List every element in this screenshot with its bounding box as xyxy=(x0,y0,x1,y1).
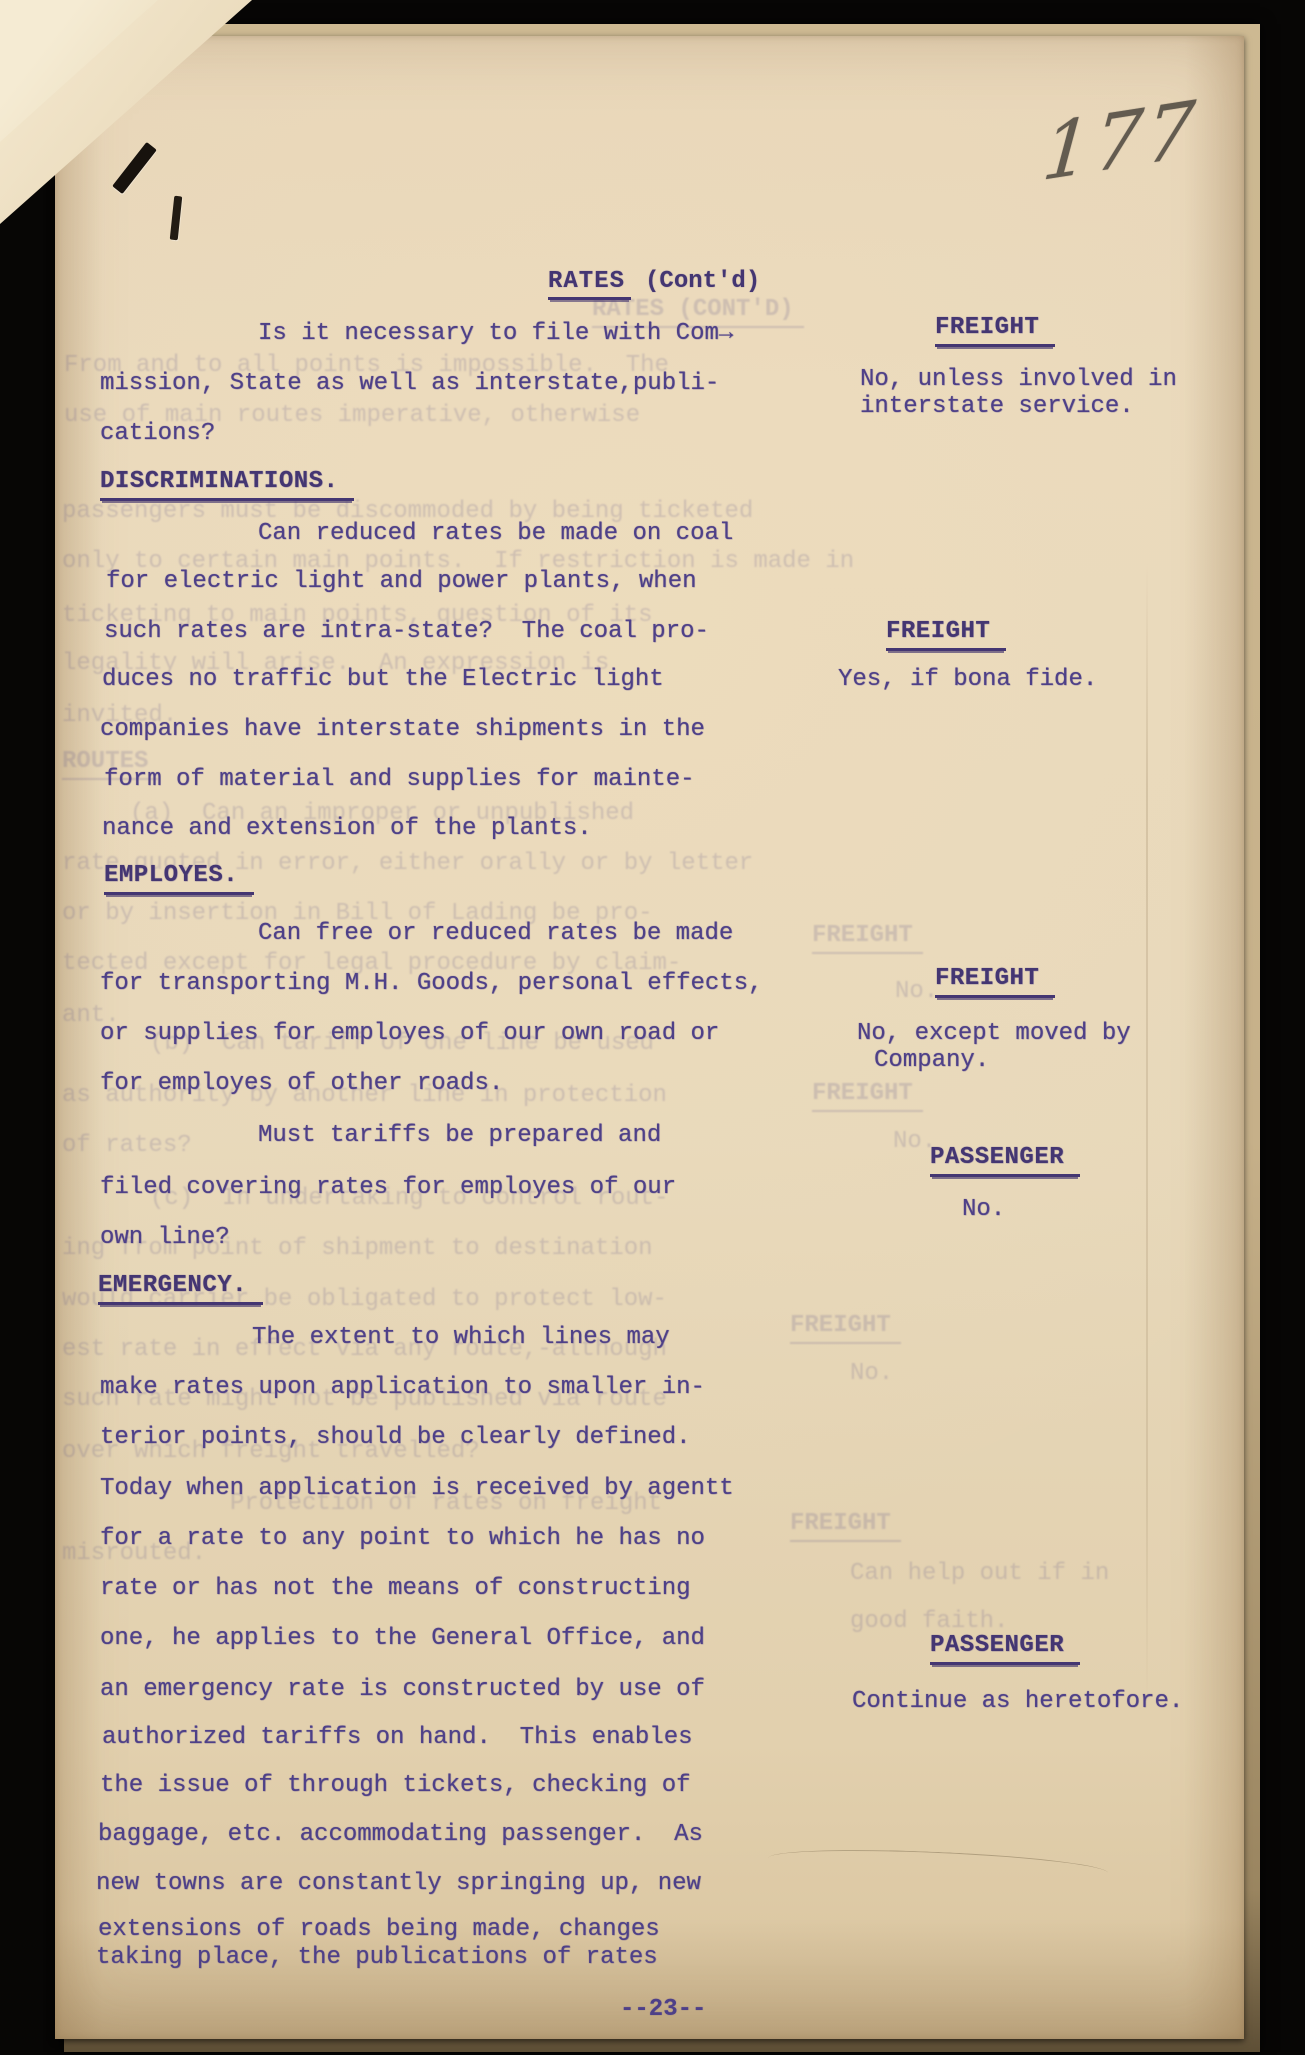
typed-answer-line: Yes, if bona fide. xyxy=(838,666,1097,694)
typed-answer-heading: FREIGHT xyxy=(935,965,1055,998)
typed-answer-heading: FREIGHT xyxy=(935,314,1055,347)
typed-answer-heading: FREIGHT xyxy=(886,618,1006,651)
typed-answer-line: No. xyxy=(962,1196,1005,1224)
page-number-footer: --23-- xyxy=(620,1996,706,2023)
typed-answer-line: No, unless involved in xyxy=(860,366,1177,394)
typed-answer-line: interstate service. xyxy=(860,393,1134,421)
scanned-document-page: From and to all points is impossible. Th… xyxy=(0,0,1305,2055)
typed-answer-heading: PASSENGER xyxy=(930,1632,1080,1665)
answer-column: FREIGHTNo, unless involved ininterstate … xyxy=(0,0,1305,2055)
typed-answer-line: No, except moved by xyxy=(857,1020,1131,1048)
typed-answer-line: Continue as heretofore. xyxy=(852,1688,1183,1716)
typed-answer-heading: PASSENGER xyxy=(930,1144,1080,1177)
typed-answer-line: Company. xyxy=(874,1047,989,1075)
